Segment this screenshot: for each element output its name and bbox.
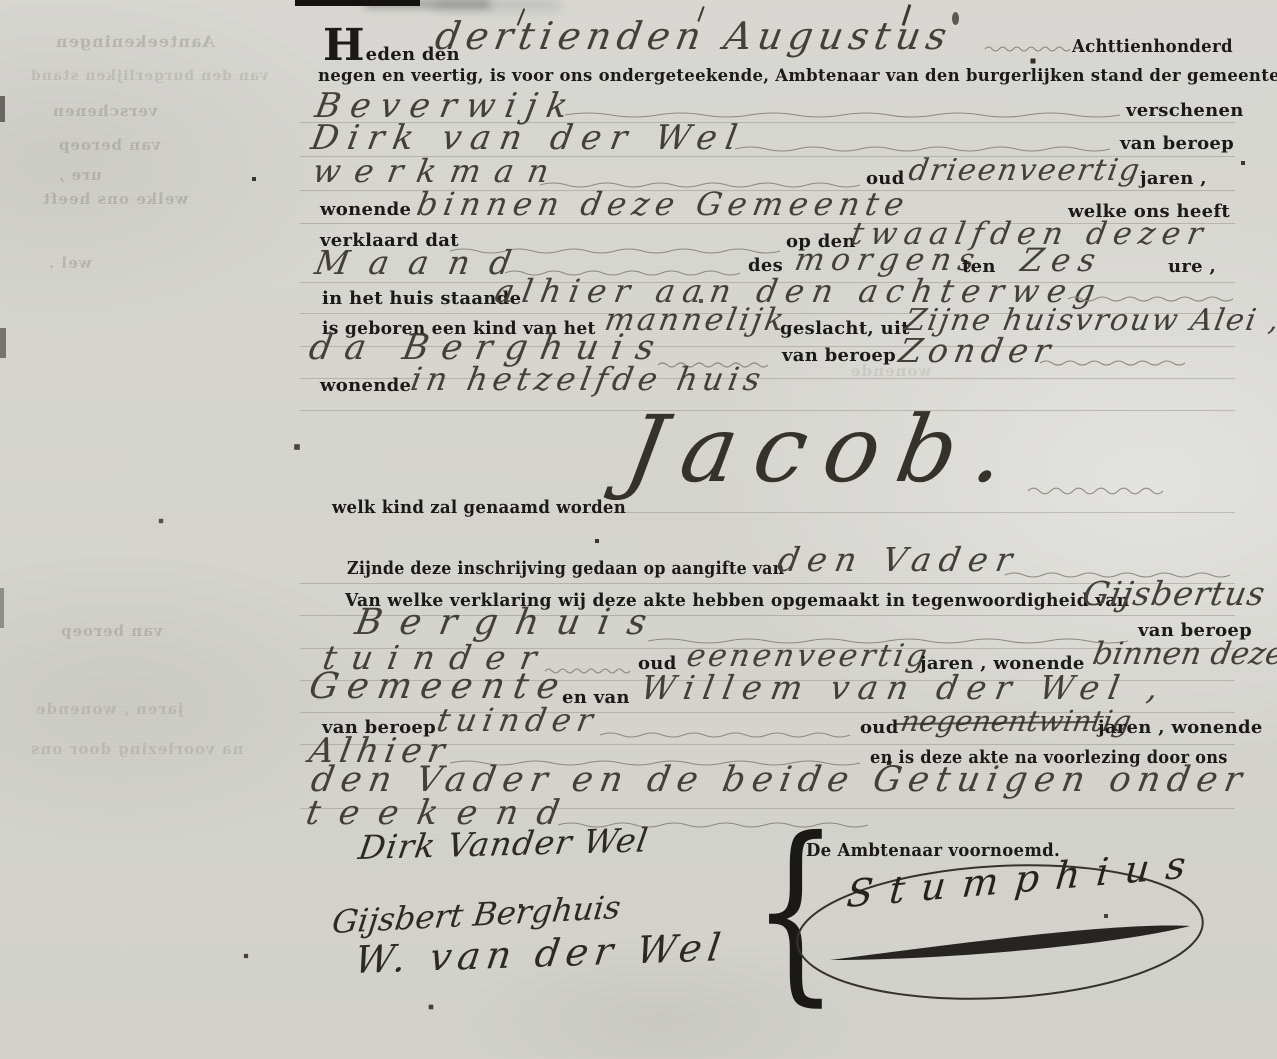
form-text-zijnde-inschrijving: Zijnde deze inschrijving gedaan op aangi… — [347, 558, 784, 579]
form-text-wonende: wonende — [320, 199, 411, 220]
entry-witness2-name: Willem van der Wel , — [638, 668, 1170, 707]
form-text-achttienhonderd: Achttienhonderd — [1072, 36, 1233, 57]
form-text-wonende: wonende — [320, 375, 411, 396]
form-text-jaren: jaren , — [1140, 168, 1207, 189]
entry-mother-residence: in hetzelfde huis — [408, 360, 768, 398]
entry-informant: den Vader — [775, 540, 1023, 579]
entry-witness2-occupation: tuinder — [434, 701, 602, 739]
bleedthrough-text: na voorlezing door ons — [30, 740, 244, 758]
bleedthrough-text: Aanteekeningen — [55, 32, 215, 51]
bleedthrough-text: jaren , wonende — [35, 700, 183, 718]
ink-specks — [0, 0, 2, 2]
flourish-line — [1028, 484, 1163, 498]
scan-edge-artifact — [295, 0, 420, 6]
official-signature-oval: Stumphius — [790, 858, 1210, 1008]
form-text-line2: negen en veertig, is voor ons ondergetee… — [318, 66, 1277, 86]
form-text-van-beroep: van beroep — [1120, 133, 1234, 154]
form-text-geslacht-uit: geslacht, uit — [780, 318, 910, 339]
form-text-jaren-wonende: jaren , wonende — [1098, 717, 1263, 738]
form-text-ure: ure , — [1168, 256, 1216, 277]
bleedthrough-text: ure , — [58, 166, 102, 184]
bleedthrough-text: wel . — [48, 254, 92, 272]
scan-edge-artifact — [0, 328, 6, 358]
form-text-in-het-huis-staande: in het huis staande — [322, 288, 521, 309]
entry-child-name: Jacob. — [618, 396, 1032, 503]
flourish-line — [600, 730, 850, 740]
flourish-line — [1040, 358, 1185, 368]
bleedthrough-text: welke ons heeft — [42, 190, 188, 208]
entry-witness1-firstname: Gijsbertus — [1080, 574, 1269, 613]
flourish-line — [985, 44, 1070, 54]
form-text-welk-kind: welk kind zal genaamd worden — [332, 497, 626, 518]
entry-declarant-residence: binnen deze Gemeente — [414, 185, 913, 223]
signature-declarant: Dirk Vander Wel — [356, 820, 651, 867]
ruled-line — [560, 512, 1235, 513]
birth-record-scan: Aanteekeningen van den burgerlijken stan… — [0, 0, 1277, 1059]
bleedthrough-text: van beroep — [60, 622, 163, 640]
form-text-oud: oud — [860, 717, 899, 738]
entry-witness1-residence: binnen deze — [1090, 636, 1277, 672]
form-text-van-beroep: van beroep — [782, 345, 896, 366]
entry-date-day-month: dertienden Augustus — [432, 14, 956, 58]
scan-edge-artifact — [0, 588, 4, 628]
scan-edge-artifact — [0, 96, 5, 122]
form-text-verschenen: verschenen — [1126, 100, 1244, 121]
entry-witness1-surname: Berghuis — [352, 602, 668, 643]
bleedthrough-text: verschenen — [52, 102, 158, 120]
bleedthrough-text: van den burgerlijken stand — [30, 68, 268, 84]
entry-declarant-age: drieenveertig — [906, 153, 1144, 188]
entry-mother-occupation: Zonder — [896, 331, 1059, 370]
bleedthrough-text: van beroep — [58, 136, 161, 154]
